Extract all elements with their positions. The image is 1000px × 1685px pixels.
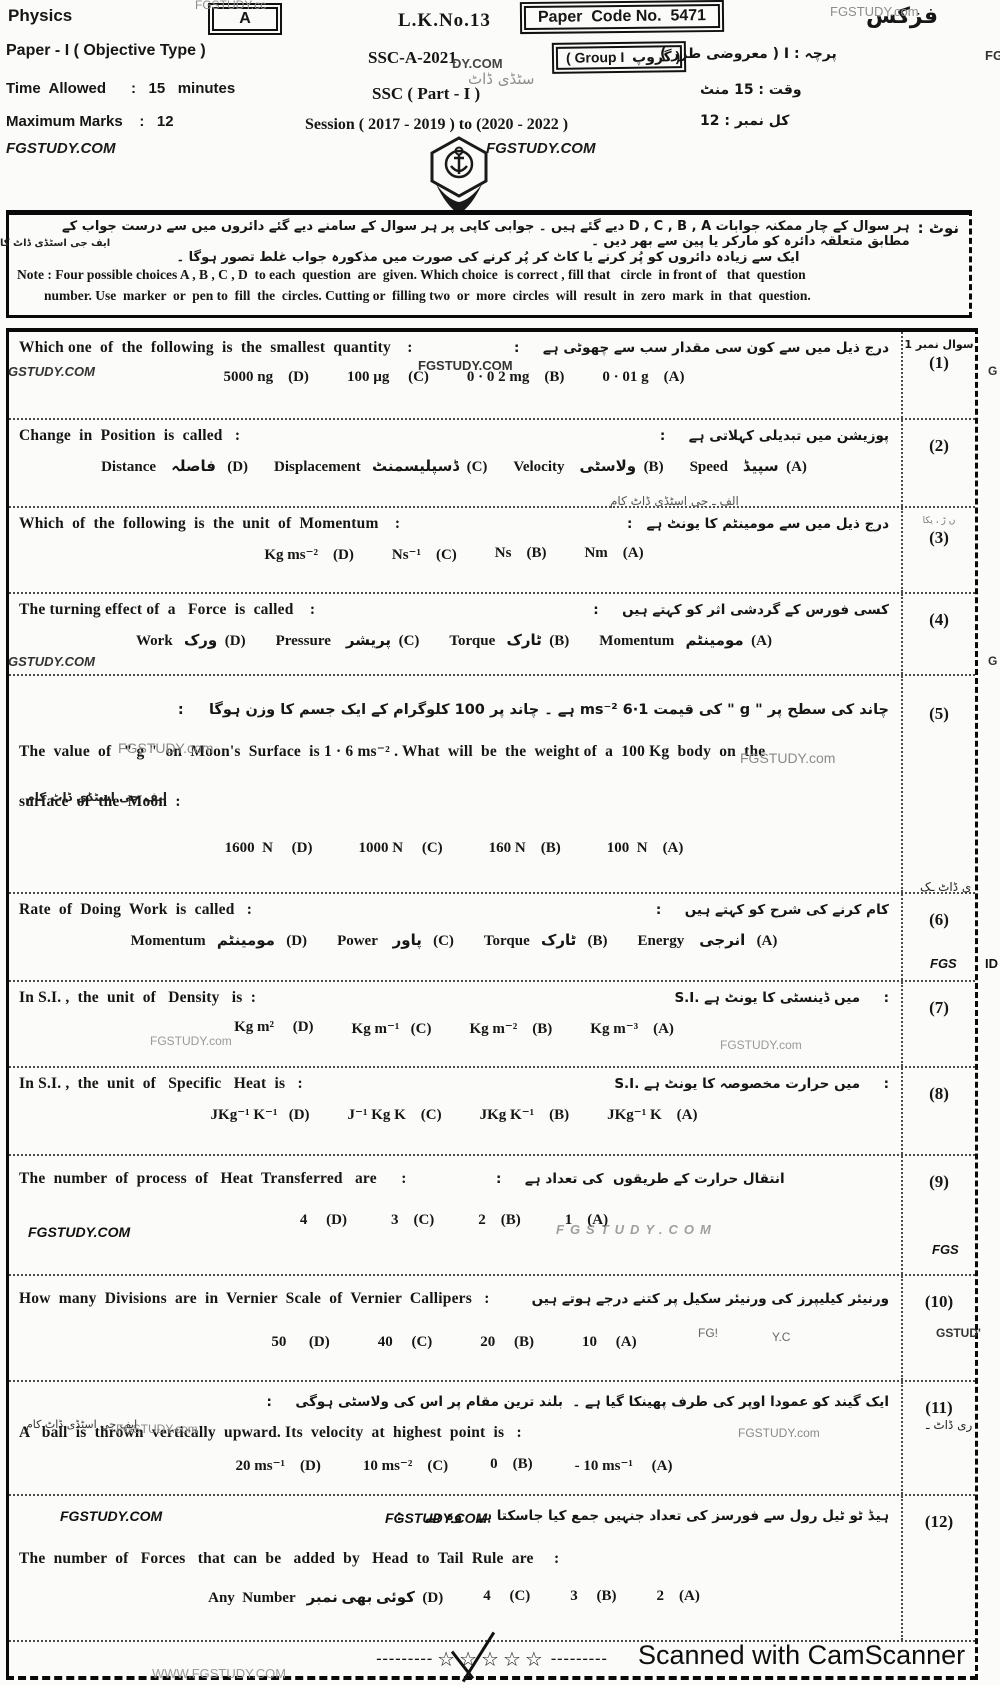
q8-options: JKg⁻¹ K⁻¹ (D) J⁻¹ Kg K (C) JKg K⁻¹ (B) J… [19,1105,889,1124]
q8-option-a: JKg⁻¹ K (A) [607,1105,697,1124]
watermark-text: FGSTUDY.COM [418,358,513,373]
q1-number-label: سوال نمبر 1 [904,338,973,351]
q9-text-en: The number of process of Heat Transferre… [19,1170,407,1188]
q4-option-b: Torque ٹارک (B) [449,631,569,650]
q3-option-c: Ns⁻¹ (C) [392,545,457,564]
q1-option-a: 0 · 01 g (A) [602,369,684,386]
q2-options: Distance فاصلہ (D) Displacement ڈسپلیسمن… [19,457,889,476]
q11-option-a: - 10 ms⁻¹ (A) [575,1456,673,1475]
ssc-part-line: SSC ( Part - I ) [372,84,480,104]
question-row-5: چاند کی سطح پر " g " کی قیمت 1·6 ms⁻² ہے… [9,676,975,894]
q2-option-b: Velocity ولاسٹی (B) [513,457,663,476]
q4-option-c: Pressure پریشر (C) [276,631,420,650]
question-row-4: The turning effect of a Force is called … [9,594,975,676]
note-urdu-line1: ہر سوال کے چار ممکنہ جوابات D , C , B , … [17,219,910,249]
q11-options: 20 ms⁻¹ (D) 10 ms⁻² (C) 0 (B) - 10 ms⁻¹ … [19,1456,889,1475]
q6-option-a: Energy انرجی (A) [638,931,778,950]
q1-number: (1) [929,353,949,373]
q5-option-d: 1600 N (D) [225,840,313,857]
end-dash-right: --------- [551,1650,608,1668]
q10-options: 50 (D) 40 (C) 20 (B) 10 (A) [19,1334,889,1351]
side-watermark-urdu: ایف جی اسٹڈی ڈاٹ کا [0,238,110,249]
q2-number: (2) [929,436,949,456]
watermark-text: GSTUDY.COM [8,364,95,379]
watermark-text: FG! [698,1326,718,1340]
q4-number: (4) [929,610,949,630]
q11-option-d: 20 ms⁻¹ (D) [236,1456,321,1475]
q6-text-en: Rate of Doing Work is called : [19,901,252,919]
q5-text-ur: چاند کی سطح پر " g " کی قیمت 1·6 ms⁻² ہے… [19,702,889,718]
question-row-8: In S.I. , the unit of Specific Heat is :… [9,1068,975,1156]
q10-text-en: How many Divisions are in Vernier Scale … [19,1290,490,1308]
watermark-text: WWW.FGSTUDY.COM [152,1666,286,1681]
q3-option-d: Kg ms⁻² (D) [264,545,354,564]
watermark-text: ایف جی اسٹڈی ڈاٹ کام [26,1418,137,1431]
watermark-text: GSTUD' [936,1326,981,1340]
q3-options: Kg ms⁻² (D) Ns⁻¹ (C) Ns (B) Nm (A) [19,545,889,564]
mcq-table: Which one of the following is the smalle… [6,328,978,1680]
q6-option-c: Power پاور (C) [337,931,454,950]
q10-text-ur: ورنیئر کیلیپرز کی ورنیئر سکیل پر کتنے در… [532,1291,889,1307]
q11-number: (11) [925,1398,952,1418]
q10-option-d: 50 (D) [271,1334,329,1351]
watermark-text: ایف جی اسٹڈی ڈاٹ کام [26,790,167,804]
watermark-text: FGSTUDY.com [740,750,835,766]
watermark-text: FGSTUDY.com [738,1426,820,1440]
q11-option-b: 0 (B) [490,1456,533,1475]
note-urdu-line2: ایک سے زیادہ دائروں کو پُر کرنے یا کاٹ ک… [17,250,959,265]
q7-option-c: Kg m⁻¹ (C) [352,1019,432,1038]
q4-text-en: The turning effect of a Force is called … [19,601,315,619]
subject-title-en: Physics [8,6,72,26]
q3-number: (3) [929,528,949,548]
question-row-7: In S.I. , the unit of Density is : S.I. … [9,982,975,1068]
watermark-text: FGSTUDY.COM [28,1224,130,1240]
q7-option-a: Kg m⁻³ (A) [590,1019,674,1038]
marks-line-ur: کل نمبر : 12 [700,113,960,129]
watermark-text: FGSTUDY.COM [60,1508,162,1524]
watermark-text: Y.C [772,1330,790,1344]
q7-number: (7) [929,998,949,1018]
paper-code-text: Paper Code No. 5471 [524,4,720,30]
q8-option-b: JKg K⁻¹ (B) [480,1105,570,1124]
watermark-text: FGSTUDY.COM [486,140,595,157]
q4-option-a: Momentum مومینٹم (A) [599,631,772,650]
instructions-note-box: نوٹ : ہر سوال کے چار ممکنہ جوابات D , C … [6,210,972,318]
question-row-10: How many Divisions are in Vernier Scale … [9,1276,975,1382]
q8-number: (8) [929,1084,949,1104]
watermark-text: FGSTUDY.com [830,4,919,19]
watermark-text: الف ـ جی اسٹڈی ڈاٹ کام [610,494,739,508]
watermark-text: FGSTUDY.COM [556,1222,717,1237]
q9-text-ur: انتقال حرارت کے طریقوں کی تعداد ہے : [496,1171,785,1187]
q12-option-b: 3 (B) [570,1588,616,1607]
question-row-2: Change in Position is called : پوزیشن می… [9,420,975,508]
watermark-text: DY.COM [452,56,503,71]
session-line: Session ( 2017 - 2019 ) to (2020 - 2022 … [305,116,568,134]
q12-number: (12) [925,1512,953,1532]
watermark-text: ری ڈاٹ ـ [926,1418,972,1432]
watermark-text: ID [985,956,998,971]
q2-option-c: Displacement ڈسپلیسمنٹ (C) [274,457,487,476]
q11-option-c: 10 ms⁻² (C) [363,1456,448,1475]
paper-line-ur: پرچہ : I ( معروضی طرز ) [660,46,960,62]
q3-text-ur: درج ذیل میں سے مومینٹم کا یونٹ ہے : [627,516,889,532]
q4-text-ur: کسی فورس کے گردشی اثر کو کہتے ہیں : [593,602,889,618]
watermark-text: FGS [930,956,957,971]
watermark-text: FGS [932,1242,959,1257]
q5-number: (5) [929,704,949,724]
watermark-text: FGSTUDY.COM [6,140,115,157]
question-row-3: Which of the following is the unit of Mo… [9,508,975,594]
q2-option-a: Speed سپیڈ (A) [690,457,807,476]
q12-options: Any Number کوئی بھی نمبر (D) 4 (C) 3 (B)… [19,1588,889,1607]
q4-option-d: Work ورک (D) [136,631,246,650]
q6-options: Momentum مومینٹم (D) Power پاور (C) Torq… [19,931,889,950]
watermark-text: G [988,654,997,668]
watermark-text: FGSTUDY.com [118,740,213,756]
q12-text-en: The number of Forces that can be added b… [19,1550,889,1568]
q5-options: 1600 N (D) 1000 N (C) 160 N (B) 100 N (A… [19,840,889,857]
paper-code-box: Paper Code No. 5471 [520,0,724,34]
q5-option-c: 1000 N (C) [359,840,443,857]
q6-number: (6) [929,910,949,930]
q9-option-d: 4 (D) [300,1212,347,1229]
question-row-9: The number of process of Heat Transferre… [9,1156,975,1276]
paper-type-line: Paper - I ( Objective Type ) [6,42,206,60]
board-emblem-logo [426,136,492,218]
q12-option-d: Any Number کوئی بھی نمبر (D) [208,1588,443,1607]
q7-option-b: Kg m⁻² (B) [469,1019,552,1038]
q8-text-ur: S.I. میں حرارت مخصوصہ کا یونٹ ہے : [614,1076,889,1092]
q6-option-b: Torque ٹارک (B) [484,931,608,950]
question-row-6: Rate of Doing Work is called : کام کرنے … [9,894,975,982]
watermark-text: ی ڈاٹ ـک [920,880,971,894]
q6-option-d: Momentum مومینٹم (D) [131,931,307,950]
q12-option-a: 2 (A) [657,1588,700,1607]
q1-option-d: 5000 ng (D) [224,369,309,386]
question-row-1: Which one of the following is the smalle… [9,332,975,420]
time-line-ur: وقت : 15 منٹ [700,82,960,98]
note-english-line1: Note : Four possible choices A , B , C ,… [17,265,959,286]
q7-text-ur: S.I. میں ڈینسٹی کا یونٹ ہے : [674,990,889,1006]
watermark-text: FG [985,48,1000,63]
end-dash-left: --------- [376,1650,433,1668]
q3-option-a: Nm (A) [584,545,643,564]
q7-text-en: In S.I. , the unit of Density is : [19,989,256,1007]
q1-text-en: Which one of the following is the smalle… [19,339,413,357]
watermark-text: FGSTUDY.cc [195,0,266,12]
q6-text-ur: کام کرنے کی شرح کو کہتے ہیں : [656,902,889,918]
q10-option-c: 40 (C) [378,1334,433,1351]
watermark-text: FGSTUDY.com [720,1038,802,1052]
q10-option-b: 20 (B) [480,1334,534,1351]
q5-option-a: 100 N (A) [607,840,684,857]
q7-option-d: Kg m² (D) [234,1019,313,1038]
q1-text-ur: درج ذیل میں سے کون سی مقدار سب سے چھوٹی … [514,340,889,356]
q2-text-ur: پوزیشن میں تبدیلی کہلاتی ہے : [660,428,889,444]
q8-text-en: In S.I. , the unit of Specific Heat is : [19,1075,303,1093]
watermark-text: سٹڈی ڈاٹ [468,70,534,88]
max-marks-line: Maximum Marks : 12 [6,113,174,130]
q3-scan-fragment: ں ڑ ، یکا [923,516,956,526]
watermark-text: FGSTUDY.COM [385,1510,487,1526]
note-label-ur: نوٹ : [918,219,959,249]
q3-option-b: Ns (B) [495,545,547,564]
lk-number: L.K.No.13 [398,10,491,32]
q8-option-c: J⁻¹ Kg K (C) [348,1105,442,1124]
camscanner-credit: Scanned with CamScanner [638,1640,965,1671]
q8-option-d: JKg⁻¹ K⁻¹ (D) [211,1105,310,1124]
time-allowed-line: Time Allowed : 15 minutes [6,80,235,97]
scanned-exam-page: Physics A L.K.No.13 Paper Code No. 5471 … [0,0,1000,1685]
q5-option-b: 160 N (B) [489,840,561,857]
q9-option-c: 3 (C) [391,1212,434,1229]
q9-number: (9) [929,1172,949,1192]
q2-text-en: Change in Position is called : [19,427,240,445]
q9-options: 4 (D) 3 (C) 2 (B) 1 (A) [19,1212,889,1229]
q3-text-en: Which of the following is the unit of Mo… [19,515,400,533]
q12-option-c: 4 (C) [483,1588,530,1607]
watermark-text: FGSTUDY.com [150,1034,232,1048]
watermark-text: GSTUDY.COM [8,654,95,669]
q11-text-ur: ایک گیند کو عمودا اوپر کی طرف پھینکا گیا… [19,1394,889,1410]
question-row-11: ایک گیند کو عمودا اوپر کی طرف پھینکا گیا… [9,1382,975,1496]
q2-option-d: Distance فاصلہ (D) [101,457,248,476]
q10-number: (10) [925,1292,953,1312]
note-english-line2: number. Use marker or pen to fill the ci… [17,286,959,307]
q1-option-c: 100 µg (C) [347,369,429,386]
q9-option-b: 2 (B) [478,1212,521,1229]
ssc-year-line: SSC-A-2021 [368,48,457,68]
watermark-text: G [988,364,997,378]
q10-option-a: 10 (A) [582,1334,637,1351]
q4-options: Work ورک (D) Pressure پریشر (C) Torque ٹ… [19,631,889,650]
